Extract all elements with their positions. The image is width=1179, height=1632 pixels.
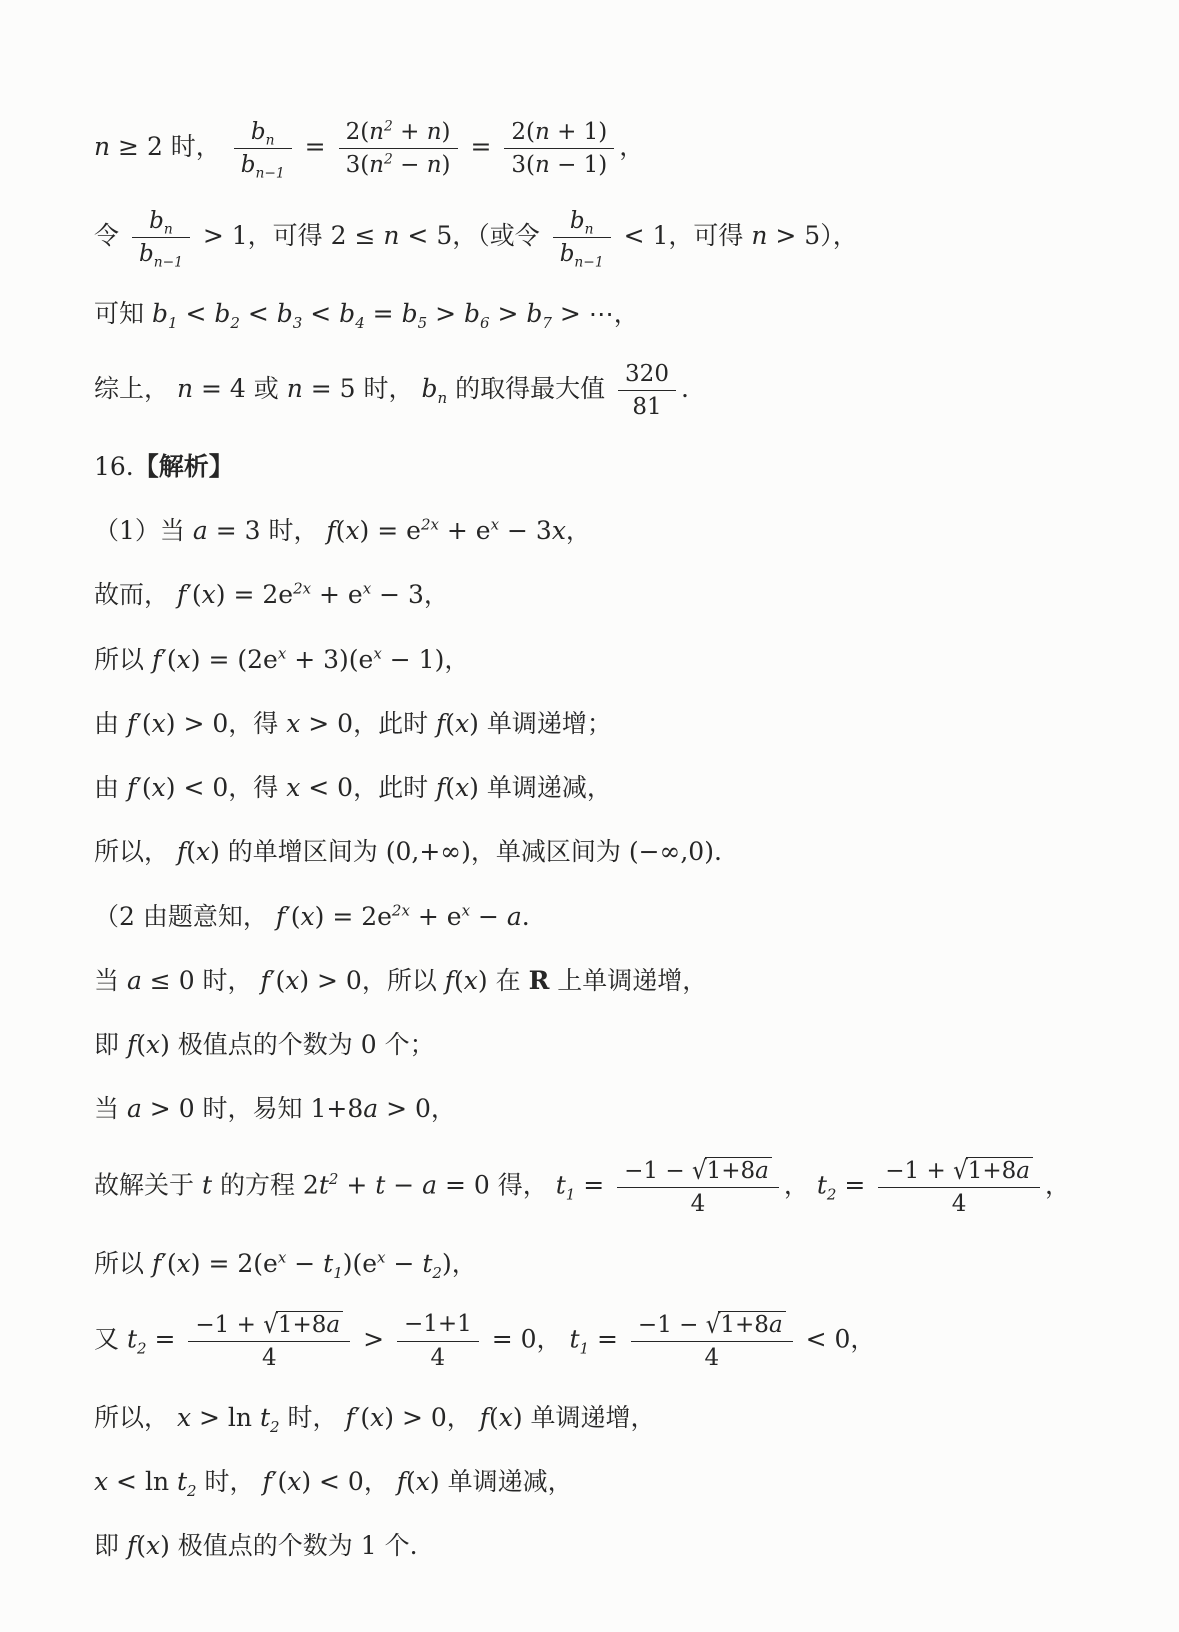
radicand: 1+8a [966,1157,1033,1184]
math-token: 当 [94,1094,127,1123]
math-token: f [127,1030,136,1059]
solution-line-6: （1）当 a = 3 时， f(x) = e2x + ex − 3x， [94,513,1109,549]
fraction: bnbn−1 [132,207,190,268]
math-token: x [455,709,469,738]
math-token: ( [454,966,464,995]
fraction-denominator: 4 [188,1342,350,1371]
fraction-numerator: −1 − √1+8a [617,1156,779,1188]
math-token: = 0， [484,1324,570,1353]
fraction: −1 + √1+8a4 [188,1310,350,1372]
square-root: √1+8a [706,1312,786,1338]
math-token: b [402,299,418,328]
math-token: ) 极值点的个数为 1 个. [160,1531,417,1560]
math-token: n [94,132,110,161]
math-token: t [127,1324,137,1353]
math-token: 3 [293,314,303,332]
math-token: < [302,299,339,328]
fraction-denominator: bn−1 [553,238,611,267]
solution-line-17: 所以 f′(x) = 2(ex − t1)(ex − t2)， [94,1246,1109,1282]
math-token: n [427,152,442,178]
math-token: ) [442,119,451,145]
math-token: ) 单调递增， [513,1403,656,1432]
math-token: 所以， [94,1403,177,1432]
math-token: . [681,374,689,403]
math-token: ， [566,516,591,545]
math-token: x [285,966,299,995]
math-token: ) > 0，得 [166,709,286,738]
math-token: n [177,374,193,403]
math-token: ) [442,152,451,178]
math-token: ′( [272,1467,287,1496]
math-token: ( [136,1030,146,1059]
math-token: ′( [136,709,151,738]
math-token: ( [406,1467,416,1496]
math-token: 2 [827,1185,837,1203]
math-token: ， [784,1170,817,1199]
math-token: 7 [542,314,552,332]
math-token: + [393,119,427,145]
math-token: f [152,1249,161,1278]
math-token: t [817,1170,827,1199]
math-token: x [196,837,210,866]
math-token: 320 [625,361,669,387]
math-token: ′( [161,1249,176,1278]
math-token: x [152,773,166,802]
fraction: −1 − √1+8a4 [631,1310,793,1372]
math-token: n [383,221,399,250]
math-token: + e [410,902,462,931]
math-token: 2 [270,1418,280,1436]
math-token: f [177,580,186,609]
fraction-numerator: bn [553,207,611,238]
math-token: )(e [343,1249,377,1278]
math-token: n [369,152,384,178]
math-token: n [535,119,550,145]
solution-line-14: 即 f(x) 极值点的个数为 0 个； [94,1027,1109,1063]
math-token: 1 [566,1185,576,1203]
math-token: + e [439,516,491,545]
solution-line-8: 所以 f′(x) = (2ex + 3)(ex − 1)， [94,642,1109,678]
math-token: a [422,1170,437,1199]
square-root: √1+8a [263,1312,343,1338]
fraction-numerator: −1 − √1+8a [631,1310,793,1342]
math-token: n [437,389,447,407]
math-token: ) 单调递增； [469,709,612,738]
solution-lines: n ≥ 2 时， bnbn−1 = 2(n2 + n)3(n2 − n) = 2… [94,118,1109,1564]
math-token: f [480,1403,489,1432]
math-token: 2 [230,314,240,332]
math-token: 4 [262,1345,277,1371]
math-token: − [470,902,507,931]
math-token: f [436,709,445,738]
math-token: f [127,1531,136,1560]
math-token: 4 [691,1191,706,1217]
math-token: )， [442,1249,477,1278]
math-token: + [338,1170,375,1199]
math-token: 的取得最大值 [447,374,613,403]
math-token: −1 + [885,1158,953,1184]
math-token: x [177,1249,191,1278]
solution-line-7: 故而， f′(x) = 2e2x + ex − 3， [94,577,1109,613]
math-token: b [152,299,168,328]
solution-line-13: 当 a ≤ 0 时， f′(x) > 0，所以 f(x) 在 R 上单调递增， [94,963,1109,999]
math-token: x [416,1467,430,1496]
math-token: b [214,299,230,328]
math-token: ) 在 [478,966,529,995]
solution-line-19: 所以， x > ln t2 时， f′(x) > 0， f(x) 单调递增， [94,1400,1109,1436]
math-token: 的方程 2 [212,1170,319,1199]
fraction: 2(n2 + n)3(n2 − n) [339,118,458,179]
math-token: f [177,837,186,866]
math-token: 又 [94,1324,127,1353]
math-token: −1 − [624,1158,692,1184]
math-token: 2x [392,901,410,919]
math-token: f [127,773,136,802]
math-token: x [287,1467,301,1496]
math-token: t [260,1403,270,1432]
fraction-numerator: 2(n2 + n) [339,118,458,149]
math-token: （2 由题意知， [94,902,276,931]
math-token: a [127,1094,142,1123]
math-token: t [323,1249,333,1278]
math-token: ( [186,837,196,866]
math-token: < 0，此时 [300,773,436,802]
math-token: n−1 [574,255,603,271]
fraction-numerator: 2(n + 1) [504,118,614,149]
math-token: ′( [355,1403,370,1432]
math-token: n−1 [255,166,284,182]
math-token: < 0， [798,1324,876,1353]
math-token: 当 [94,966,127,995]
math-token: 1+8 [707,1158,756,1184]
fraction-denominator: bn−1 [132,238,190,267]
solution-line-12: （2 由题意知， f′(x) = 2e2x + ex − a. [94,899,1109,935]
math-token: 6 [480,314,490,332]
math-token: 2 [187,1482,197,1500]
math-token: t [319,1170,329,1199]
math-token: t [202,1170,212,1199]
math-token: 2x [293,580,311,598]
math-token: < 5，（或令 [399,221,547,250]
math-token: > 1，可得 2 ≤ [195,221,383,250]
math-token: n [585,221,594,237]
math-token: = 0 得， [437,1170,556,1199]
math-token: x [345,516,359,545]
math-token: x [377,1248,385,1266]
math-token: b [421,374,437,403]
math-token: ′( [270,966,285,995]
fraction: −1 − √1+8a4 [617,1156,779,1218]
solution-line-21: 即 f(x) 极值点的个数为 1 个. [94,1528,1109,1564]
math-token: ) = 2(e [191,1249,278,1278]
square-root: √1+8a [692,1158,772,1184]
math-token: 即 [94,1030,127,1059]
fraction-denominator: 3(n2 − n) [339,149,458,178]
math-token: = [575,1170,612,1199]
solution-line-2: 令 bnbn−1 > 1，可得 2 ≤ n < 5，（或令 bnbn−1 < 1… [94,207,1109,268]
math-token: f [263,1467,272,1496]
math-token: 令 [94,221,127,250]
fraction-denominator: 4 [617,1188,779,1217]
math-token: = [836,1170,873,1199]
math-token: 1 [168,314,178,332]
solution-line-10: 由 f′(x) < 0，得 x < 0，此时 f(x) 单调递减， [94,770,1109,806]
math-token: ， [619,132,644,161]
math-token: < [178,299,215,328]
math-token: b [277,299,293,328]
math-token: R [529,966,550,995]
math-token: = [589,1324,626,1353]
math-token: ′( [136,773,151,802]
math-token: b [526,299,542,328]
math-token: x [286,773,300,802]
math-token: a [363,1094,378,1123]
math-token: = [463,132,500,161]
math-token: 由 [94,773,127,802]
math-token: ) 单调递减， [469,773,612,802]
math-token: > 5）， [767,221,857,250]
math-token: x [499,1403,513,1432]
math-token: n [164,221,173,237]
math-token: 4 [355,314,365,332]
math-token: x [202,580,216,609]
math-token: ( [489,1403,499,1432]
math-token: 4 [952,1191,967,1217]
math-token: ) 的单增区间为 (0,+∞)，单减区间为 (−∞,0). [210,837,722,866]
math-token: x [363,580,371,598]
math-token: f [397,1467,406,1496]
math-token: + 3)(e [286,645,373,674]
math-token: x [152,709,166,738]
fraction-denominator: 3(n − 1) [504,149,614,178]
math-token: a [326,1312,340,1338]
math-token: x [491,516,499,534]
math-token: b [149,208,164,234]
solution-line-9: 由 f′(x) > 0，得 x > 0，此时 f(x) 单调递增； [94,706,1109,742]
math-token: 可知 [94,299,152,328]
square-root: √1+8a [953,1158,1033,1184]
math-token: 时， [280,1403,346,1432]
math-token: < [240,299,277,328]
radical-icon: √ [706,1310,721,1340]
math-token: − 1) [550,152,608,178]
math-token: − 3 [499,516,552,545]
math-token: ) = 2e [216,580,293,609]
math-token: 所以， [94,837,177,866]
math-token: b [241,152,256,178]
math-token: b [570,208,585,234]
math-token: x [552,516,566,545]
fraction-numerator: 320 [618,360,676,391]
math-token: b [251,119,266,145]
math-token: ) < 0， [301,1467,396,1496]
math-token: ( [445,773,455,802]
math-token: ) 单调递减， [430,1467,573,1496]
math-token: t [422,1249,432,1278]
math-token: ， [1045,1170,1070,1199]
math-token: 即 [94,1531,127,1560]
math-token: t [556,1170,566,1199]
solution-line-3: 可知 b1 < b2 < b3 < b4 = b5 > b6 > b7 > ⋯， [94,296,1109,332]
radicand: 1+8a [276,1311,343,1338]
math-token: 2( [511,119,535,145]
math-token: 上单调递增， [549,966,707,995]
math-token: = 5 时， [303,374,422,403]
math-token: 【解析】 [134,452,234,481]
math-token: 2( [346,119,370,145]
math-token: ′( [285,902,300,931]
solution-line-4: 综上， n = 4 或 n = 5 时， bn 的取得最大值 32081. [94,360,1109,421]
math-token: n−1 [154,255,183,271]
math-token: 故而， [94,580,177,609]
math-token: 2 [384,118,393,134]
math-token: > [490,299,527,328]
fraction-numerator: −1 + √1+8a [188,1310,350,1342]
math-token: ) = (2e [191,645,278,674]
math-token: 81 [632,394,661,420]
math-token: −1 + [195,1312,263,1338]
math-token: . [522,902,530,931]
fraction-numerator: −1+1 [397,1310,479,1341]
math-token: f [127,709,136,738]
solution-line-15: 当 a > 0 时，易知 1+8a > 0， [94,1091,1109,1127]
fraction: −1+14 [397,1310,479,1371]
math-token: n [266,133,275,149]
math-token: ≥ 2 时， [110,132,229,161]
math-token: f [326,516,335,545]
math-token: a [193,516,208,545]
math-token: n [287,374,303,403]
fraction-numerator: bn [234,118,292,149]
math-token: x [462,901,470,919]
math-token: 1 [580,1339,590,1357]
math-token: f [276,902,285,931]
math-token: > 0，此时 [300,709,436,738]
math-token: = 4 或 [193,374,287,403]
math-token: = [147,1324,184,1353]
math-token: x [455,773,469,802]
math-token: − 1)， [382,645,470,674]
solution-line-18: 又 t2 = −1 + √1+8a4 > −1+14 = 0， t1 = −1 … [94,1310,1109,1372]
math-token: −1 − [638,1312,706,1338]
math-token: n [369,119,384,145]
math-token: 1+8 [278,1312,327,1338]
math-token: 2x [421,516,439,534]
math-token: ) < 0，得 [166,773,286,802]
math-token: n [427,119,442,145]
radicand: 1+8a [705,1157,772,1184]
math-token: a [127,966,142,995]
math-token: x [373,644,381,662]
solution-line-16: 故解关于 t 的方程 2t2 + t − a = 0 得， t1 = −1 − … [94,1156,1109,1218]
fraction: bnbn−1 [553,207,611,268]
math-token: > [355,1324,392,1353]
math-token: n [751,221,767,250]
math-token: ) = e [360,516,421,545]
math-token: − [385,1170,422,1199]
math-token: > [427,299,464,328]
fraction-numerator: bn [132,207,190,238]
math-token: a [755,1158,769,1184]
math-token: − [393,152,427,178]
solution-line-1: n ≥ 2 时， bnbn−1 = 2(n2 + n)3(n2 − n) = 2… [94,118,1109,179]
math-token: 2 [432,1264,442,1282]
math-token: 时， [197,1467,263,1496]
math-token: b [464,299,480,328]
math-token: + e [311,580,363,609]
math-token: − 3， [371,580,449,609]
math-token: 4 [704,1345,719,1371]
math-token: f [345,1403,354,1432]
math-token: ) > 0， [384,1403,479,1432]
math-token: ( [136,1531,146,1560]
math-token: x [370,1403,384,1432]
fraction: −1 + √1+8a4 [878,1156,1040,1218]
math-token: ) > 0，所以 [299,966,444,995]
math-token: 所以 [94,1249,152,1278]
math-token: > ln [191,1403,260,1432]
math-token: x [286,709,300,738]
math-token: 1+8 [968,1158,1017,1184]
math-token: x [301,902,315,931]
math-token: > 0 时，易知 1+8 [142,1094,363,1123]
math-token: > 0， [378,1094,456,1123]
fraction: 32081 [618,360,676,421]
math-token: ) = 2e [315,902,392,931]
math-token: f [261,966,270,995]
math-token: = 3 时， [208,516,327,545]
math-token: 故解关于 [94,1170,202,1199]
math-token: t [375,1170,385,1199]
math-token: 4 [431,1345,446,1371]
math-token: + 1) [550,119,608,145]
math-token: = [365,299,402,328]
math-token: 1+8 [720,1312,769,1338]
fraction-denominator: bn−1 [234,149,292,178]
math-token: > ⋯， [552,299,639,328]
math-token: 2 [137,1339,147,1357]
math-token: −1+1 [404,1311,472,1337]
math-token: 由 [94,709,127,738]
fraction: bnbn−1 [234,118,292,179]
math-token: 16. [94,452,134,481]
fraction-denominator: 4 [878,1188,1040,1217]
math-token: f [445,966,454,995]
math-token: x [177,645,191,674]
fraction-denominator: 81 [618,391,676,420]
math-token: t [177,1467,187,1496]
math-token: x [146,1531,160,1560]
math-token: 综上， [94,374,177,403]
math-token: （1）当 [94,516,193,545]
fraction-numerator: −1 + √1+8a [878,1156,1040,1188]
math-token: a [769,1312,783,1338]
math-token: b [339,299,355,328]
math-token: a [1016,1158,1030,1184]
math-token: 3( [346,152,370,178]
math-token: ( [445,709,455,738]
math-token: ( [336,516,346,545]
math-token: x [177,1403,191,1432]
math-token: − [386,1249,423,1278]
math-token: ′( [186,580,201,609]
solution-line-20: x < ln t2 时， f′(x) < 0， f(x) 单调递减， [94,1464,1109,1500]
solution-line-5: 16.【解析】 [94,449,1109,485]
math-token: ≤ 0 时， [142,966,261,995]
math-token: 2 [329,1170,339,1188]
math-token: x [464,966,478,995]
radicand: 1+8a [718,1311,785,1338]
